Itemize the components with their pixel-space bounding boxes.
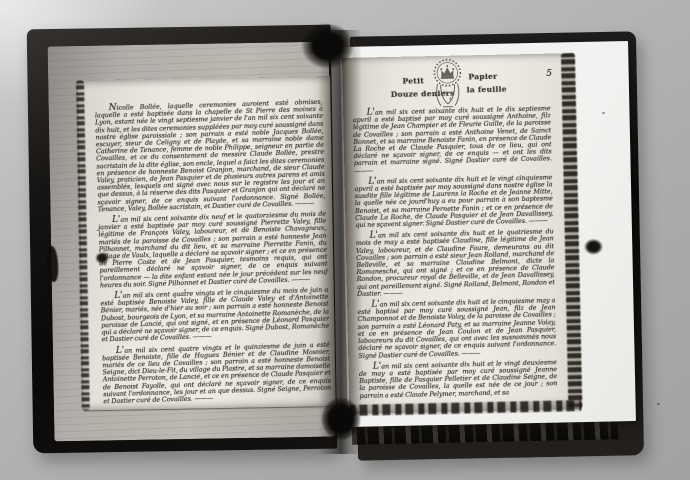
- dust-speck: [184, 289, 186, 291]
- svg-text:⚜: ⚜: [442, 90, 448, 97]
- archival-photo: Nicolle Bollée, laquelle ceremonies auro…: [0, 0, 690, 480]
- stamp-word-papier: Papier: [468, 72, 497, 82]
- svg-text:⚜: ⚜: [448, 97, 453, 103]
- book-spine-gutter: [318, 30, 362, 454]
- spine-bottom-shadow: [321, 397, 361, 441]
- manuscript-paragraph: L'an mil six cent soixante dix huit et l…: [353, 105, 553, 175]
- stamp-word-petit: Petit: [402, 76, 424, 85]
- page-number: 5: [546, 69, 552, 79]
- manuscript-page-right: 5 Petit Papier Douze deniers la feuille …: [342, 53, 581, 414]
- left-page-text: Nicolle Bollée, laquelle ceremonies auro…: [95, 99, 332, 410]
- manuscript-paragraph: L'an mil six cent soixante dix huit et l…: [357, 297, 556, 359]
- dust-speck: [602, 112, 605, 114]
- manuscript-paragraph: L'an mil six cent soixante dix huit et l…: [354, 174, 553, 229]
- crown-emblem-icon: ⚜ ⚜: [428, 57, 467, 110]
- manuscript-page-left: Nicolle Bollée, laquelle ceremonies auro…: [78, 76, 336, 410]
- manuscript-paragraph: L'an mil six cent quatre vingts et le qu…: [102, 341, 332, 405]
- manuscript-paragraph: L'an mil six cent soixante dix huit et l…: [359, 359, 558, 400]
- manuscript-paragraph: L'an mil six cent quatre vingts et le ci…: [100, 287, 329, 344]
- manuscript-paragraph: Nicolle Bollée, laquelle ceremonies auro…: [95, 99, 326, 214]
- manuscript-paragraph: L'an mil six cent soixante dix huit et l…: [356, 229, 556, 299]
- spine-top-shadow: [301, 23, 354, 69]
- dust-speck: [657, 403, 660, 405]
- right-page-text: L'an mil six cent soixante dix huit et l…: [353, 105, 558, 403]
- stamp-word-la-feuille: la feuille: [467, 85, 507, 95]
- manuscript-paragraph: L'an mil six cent soixante dix neuf et l…: [98, 211, 328, 290]
